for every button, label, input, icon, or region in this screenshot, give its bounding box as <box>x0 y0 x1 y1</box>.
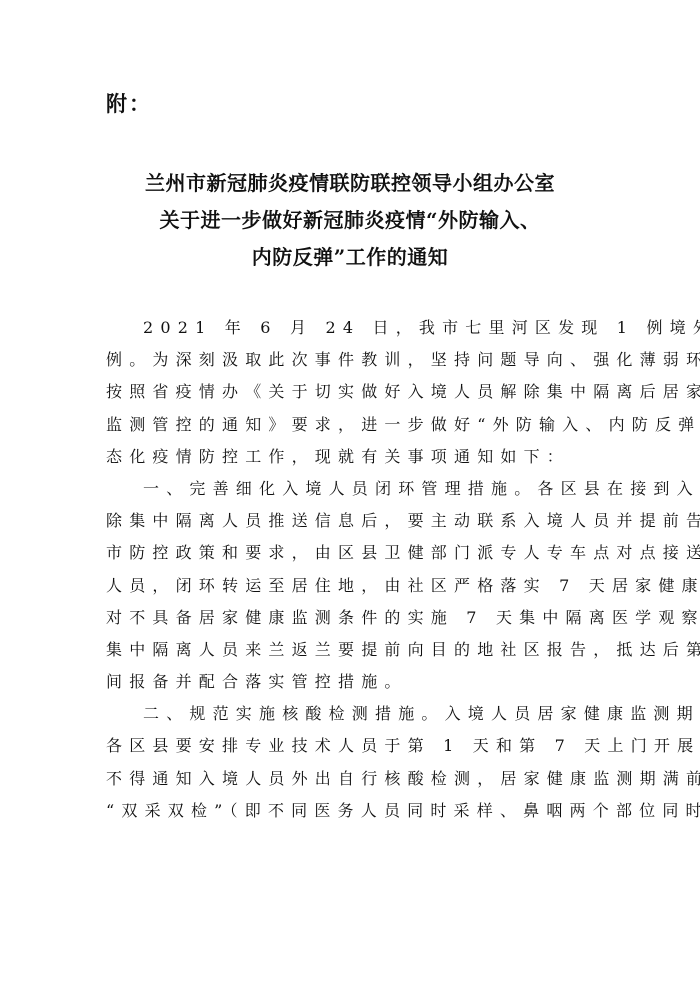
body-line: 人员，闭环转运至居住地，由社区严格落实 7 天居家健康监测， <box>106 570 596 602</box>
body-line: 不得通知入境人员外出自行核酸检测，居家健康监测期满前采用 <box>106 763 596 795</box>
title-line-3: 内防反弹”工作的通知 <box>0 239 700 276</box>
body-line: 间报备并配合落实管控措施。 <box>106 666 596 698</box>
document-body: 2021 年 6 月 24 日，我市七里河区发现 1 例境外输入确诊病 例。为深… <box>106 312 596 827</box>
title-line-2: 关于进一步做好新冠肺炎疫情“外防输入、 <box>0 202 700 239</box>
attachment-label: 附： <box>106 88 152 118</box>
body-line: 监测管控的通知》要求，进一步做好“外防输入、内防反弹”常 <box>106 409 596 441</box>
body-line: 态化疫情防控工作，现就有关事项通知如下： <box>106 441 596 473</box>
body-line: 除集中隔离人员推送信息后，要主动联系入境人员并提前告知我 <box>106 505 596 537</box>
document-title: 兰州市新冠肺炎疫情联防联控领导小组办公室 关于进一步做好新冠肺炎疫情“外防输入、… <box>0 165 700 276</box>
body-line: 二、规范实施核酸检测措施。入境人员居家健康监测期间， <box>106 698 596 730</box>
body-line: 按照省疫情办《关于切实做好入境人员解除集中隔离后居家健康 <box>106 376 596 408</box>
body-line: 市防控政策和要求，由区县卫健部门派专人专车点对点接送相关 <box>106 537 596 569</box>
title-line-1: 兰州市新冠肺炎疫情联防联控领导小组办公室 <box>0 165 700 202</box>
body-line: 2021 年 6 月 24 日，我市七里河区发现 1 例境外输入确诊病 <box>106 312 596 344</box>
document-page: 附： 兰州市新冠肺炎疫情联防联控领导小组办公室 关于进一步做好新冠肺炎疫情“外防… <box>0 0 700 990</box>
body-line: 对不具备居家健康监测条件的实施 7 天集中隔离医学观察。解除 <box>106 602 596 634</box>
body-line: 各区县要安排专业技术人员于第 1 天和第 7 天上门开展核酸采样， <box>106 730 596 762</box>
body-line: 一、完善细化入境人员闭环管理措施。各区县在接到入境解 <box>106 473 596 505</box>
body-line: 例。为深刻汲取此次事件教训，坚持问题导向、强化薄弱环节， <box>106 344 596 376</box>
body-line: “双采双检”（即不同医务人员同时采样、鼻咽两个部位同时采 <box>106 795 596 827</box>
body-line: 集中隔离人员来兰返兰要提前向目的地社区报告，抵达后第一时 <box>106 634 596 666</box>
